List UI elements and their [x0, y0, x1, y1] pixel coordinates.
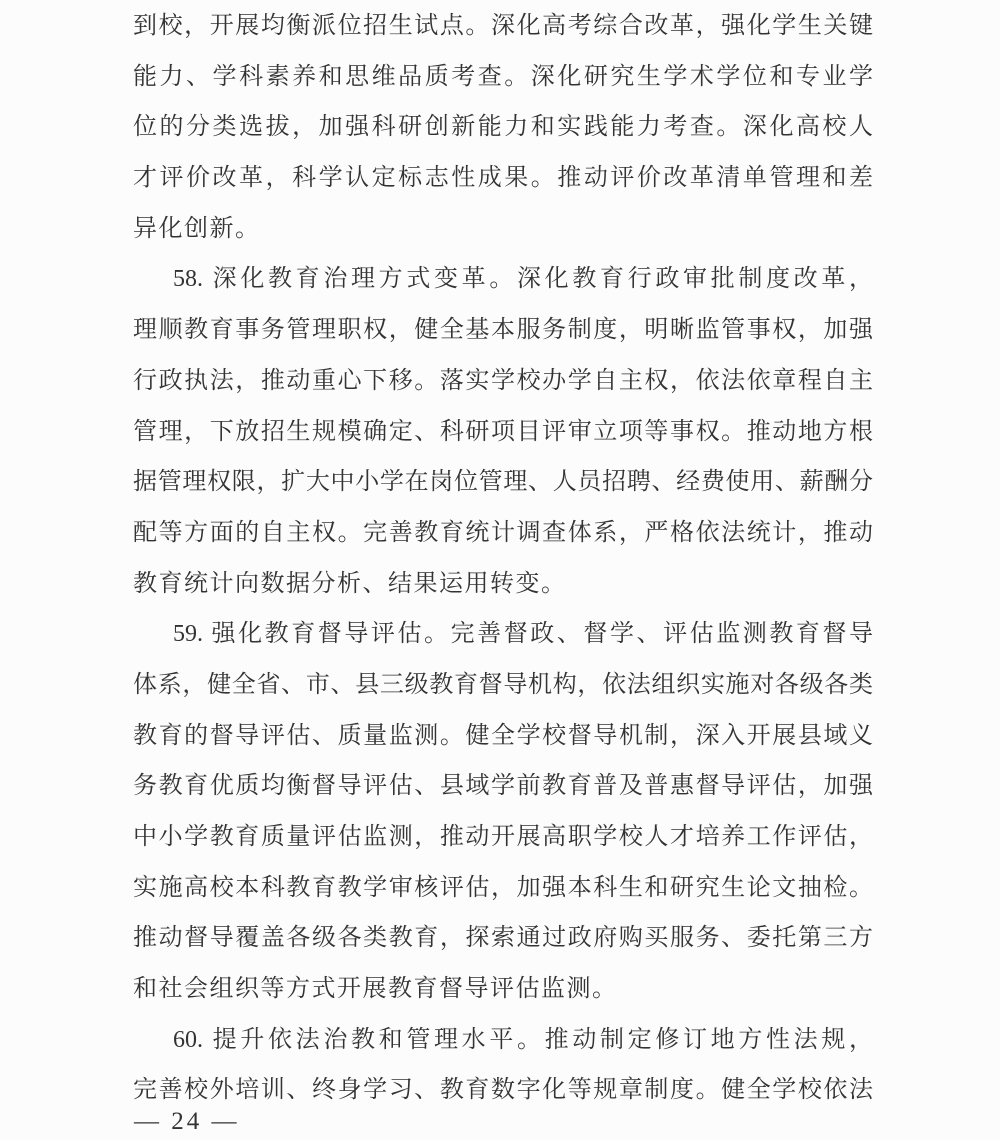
text-line: 务教育优质均衡督导评估、县域学前教育普及普惠督导评估，加强 — [133, 761, 873, 812]
text-line: 和社会组织等方式开展教育督导评估监测。 — [133, 964, 873, 1015]
text-line: 中小学教育质量评估监测，推动开展高职学校人才培养工作评估， — [133, 812, 873, 863]
text-line: 推动督导覆盖各级各类教育，探索通过政府购买服务、委托第三方 — [133, 913, 873, 964]
text-line: 能力、学科素养和思维品质考查。深化研究生学术学位和专业学 — [133, 52, 873, 103]
text-line: 实施高校本科教育教学审核评估，加强本科生和研究生论文抽检。 — [133, 863, 873, 914]
text-line: 管理，下放招生规模确定、科研项目评审立项等事权。推动地方根 — [133, 407, 873, 458]
text-line: 到校，开展均衡派位招生试点。深化高考综合改革，强化学生关键 — [133, 1, 873, 52]
text-line: 58. 深化教育治理方式变革。深化教育行政审批制度改革， — [133, 254, 873, 305]
text-line: 据管理权限，扩大中小学在岗位管理、人员招聘、经费使用、薪酬分 — [133, 457, 873, 508]
text-line: 理顺教育事务管理职权，健全基本服务制度，明晰监管事权，加强 — [133, 305, 873, 356]
text-line: 行政执法，推动重心下移。落实学校办学自主权，依法依章程自主 — [133, 356, 873, 407]
text-line: 异化创新。 — [133, 204, 873, 255]
text-line: 60. 提升依法治教和管理水平。推动制定修订地方性法规， — [133, 1015, 873, 1066]
text-line: 教育的督导评估、质量监测。健全学校督导机制，深入开展县域义 — [133, 711, 873, 762]
text-line: 配等方面的自主权。完善教育统计调查体系，严格依法统计，推动 — [133, 508, 873, 559]
text-line: 完善校外培训、终身学习、教育数字化等规章制度。健全学校依法 — [133, 1065, 873, 1116]
text-line: 体系，健全省、市、县三级教育督导机构，依法组织实施对各级各类 — [133, 660, 873, 711]
text-line: 才评价改革，科学认定标志性成果。推动评价改革清单管理和差 — [133, 153, 873, 204]
page-number: — 24 — — [134, 1106, 240, 1138]
text-line: 教育统计向数据分析、结果运用转变。 — [133, 559, 873, 610]
text-line: 59. 强化教育督导评估。完善督政、督学、评估监测教育督导 — [133, 609, 873, 660]
document-page: 到校，开展均衡派位招生试点。深化高考综合改革，强化学生关键能力、学科素养和思维品… — [0, 0, 1000, 1140]
document-body: 到校，开展均衡派位招生试点。深化高考综合改革，强化学生关键能力、学科素养和思维品… — [133, 1, 873, 1116]
text-line: 位的分类选拔，加强科研创新能力和实践能力考查。深化高校人 — [133, 102, 873, 153]
